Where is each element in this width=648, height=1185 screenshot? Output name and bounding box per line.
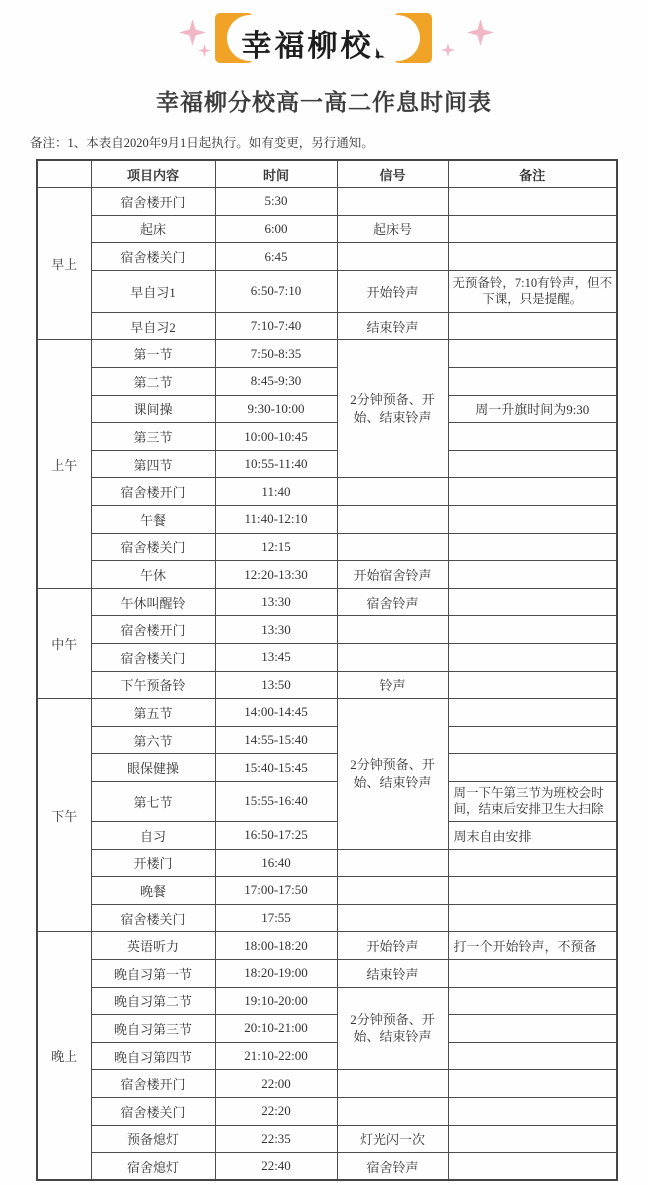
note-cell xyxy=(448,450,617,478)
item-cell: 宿舍楼开门 xyxy=(91,616,215,644)
time-cell: 19:10-20:00 xyxy=(215,987,337,1015)
table-row: 宿舍楼关门 12:15 xyxy=(37,533,617,561)
note-cell xyxy=(448,312,617,340)
note-cell: 打一个开始铃声，不预备 xyxy=(448,932,617,960)
note-cell: 周一升旗时间为9:30 xyxy=(448,395,617,423)
time-cell: 13:30 xyxy=(215,588,337,616)
table-row: 下午预备铃 13:50 铃声 xyxy=(37,671,617,699)
table-row: 早自习1 6:50-7:10 开始铃声 无预备铃，7:10有铃声，但不下课，只是… xyxy=(37,270,617,312)
item-cell: 预备熄灯 xyxy=(91,1125,215,1153)
time-cell: 10:55-11:40 xyxy=(215,450,337,478)
timetable-page: 幸福柳校区 幸福柳分校高一高二作息时间表 备注：1、本表自2020年9月1日起执… xyxy=(0,0,648,1185)
item-cell: 第七节 xyxy=(91,781,215,821)
item-cell: 课间操 xyxy=(91,395,215,423)
time-cell: 14:55-15:40 xyxy=(215,726,337,754)
table-row: 第二节 8:45-9:30 xyxy=(37,368,617,396)
time-cell: 9:30-10:00 xyxy=(215,395,337,423)
item-cell: 第二节 xyxy=(91,368,215,396)
time-cell: 16:50-17:25 xyxy=(215,821,337,849)
note-cell xyxy=(448,904,617,932)
note-cell xyxy=(448,188,617,216)
table-row: 午休 12:20-13:30 开始宿舍铃声 xyxy=(37,561,617,589)
table-row: 宿舍楼开门 11:40 xyxy=(37,478,617,506)
signal-cell xyxy=(337,644,448,672)
signal-cell: 宿舍铃声 xyxy=(337,588,448,616)
signal-cell: 起床号 xyxy=(337,215,448,243)
signal-cell: 2分钟预备、开始、结束铃声 xyxy=(337,699,448,849)
item-cell: 第五节 xyxy=(91,699,215,727)
table-row: 课间操 9:30-10:00 周一升旗时间为9:30 xyxy=(37,395,617,423)
signal-cell: 2分钟预备、开始、结束铃声 xyxy=(337,340,448,478)
page-title: 幸福柳分校高一高二作息时间表 xyxy=(0,84,648,117)
table-row: 第四节 10:55-11:40 xyxy=(37,450,617,478)
item-cell: 午餐 xyxy=(91,506,215,534)
note-cell: 周一下午第三节为班校会时间，结束后安排卫生大扫除 xyxy=(448,781,617,821)
time-cell: 5:30 xyxy=(215,188,337,216)
time-cell: 22:40 xyxy=(215,1153,337,1181)
item-cell: 起床 xyxy=(91,215,215,243)
signal-cell xyxy=(337,616,448,644)
item-cell: 早自习1 xyxy=(91,270,215,312)
signal-cell xyxy=(337,533,448,561)
note-cell xyxy=(448,644,617,672)
table-row: 晚自习第一节 18:20-19:00 结束铃声 xyxy=(37,959,617,987)
table-row: 第六节 14:55-15:40 xyxy=(37,726,617,754)
col-header-note: 备注 xyxy=(448,160,617,188)
item-cell: 宿舍楼关门 xyxy=(91,1097,215,1125)
time-cell: 22:20 xyxy=(215,1097,337,1125)
signal-cell xyxy=(337,188,448,216)
campus-badge-title: 幸福柳校区 xyxy=(0,21,648,65)
item-cell: 眼保健操 xyxy=(91,754,215,782)
campus-badge: 幸福柳校区 xyxy=(0,0,648,80)
item-cell: 晚自习第四节 xyxy=(91,1042,215,1070)
table-row: 第三节 10:00-10:45 xyxy=(37,423,617,451)
note-cell xyxy=(448,1097,617,1125)
item-cell: 早自习2 xyxy=(91,312,215,340)
note-cell xyxy=(448,533,617,561)
section-cell: 早上 xyxy=(37,188,91,340)
timetable: 项目内容 时间 信号 备注 早上 宿舍楼开门 5:30 起床 6:00 起床号 … xyxy=(36,159,618,1181)
time-cell: 22:00 xyxy=(215,1070,337,1098)
col-header-time: 时间 xyxy=(215,160,337,188)
item-cell: 开楼门 xyxy=(91,849,215,877)
time-cell: 7:50-8:35 xyxy=(215,340,337,368)
note-cell xyxy=(448,1125,617,1153)
signal-cell: 开始铃声 xyxy=(337,932,448,960)
note-cell xyxy=(448,215,617,243)
note-cell xyxy=(448,368,617,396)
note-cell xyxy=(448,506,617,534)
table-row: 开楼门 16:40 xyxy=(37,849,617,877)
signal-cell: 结束铃声 xyxy=(337,312,448,340)
signal-cell xyxy=(337,478,448,506)
time-cell: 21:10-22:00 xyxy=(215,1042,337,1070)
note-cell xyxy=(448,1015,617,1043)
time-cell: 13:50 xyxy=(215,671,337,699)
note-cell xyxy=(448,959,617,987)
time-cell: 20:10-21:00 xyxy=(215,1015,337,1043)
item-cell: 宿舍楼关门 xyxy=(91,533,215,561)
time-cell: 12:20-13:30 xyxy=(215,561,337,589)
time-cell: 11:40 xyxy=(215,478,337,506)
item-cell: 晚餐 xyxy=(91,877,215,905)
note-cell: 无预备铃，7:10有铃声，但不下课，只是提醒。 xyxy=(448,270,617,312)
note-cell xyxy=(448,1070,617,1098)
table-row: 上午 第一节 7:50-8:35 2分钟预备、开始、结束铃声 xyxy=(37,340,617,368)
time-cell: 13:30 xyxy=(215,616,337,644)
note-cell xyxy=(448,243,617,271)
note-cell: 周末自由安排 xyxy=(448,821,617,849)
item-cell: 午休 xyxy=(91,561,215,589)
table-row: 眼保健操 15:40-15:45 xyxy=(37,754,617,782)
table-row: 晚自习第四节 21:10-22:00 xyxy=(37,1042,617,1070)
table-row: 午餐 11:40-12:10 xyxy=(37,506,617,534)
signal-cell xyxy=(337,849,448,877)
time-cell: 15:55-16:40 xyxy=(215,781,337,821)
table-row: 晚餐 17:00-17:50 xyxy=(37,877,617,905)
time-cell: 14:00-14:45 xyxy=(215,699,337,727)
time-cell: 6:45 xyxy=(215,243,337,271)
section-cell: 晚上 xyxy=(37,932,91,1180)
note-cell xyxy=(448,671,617,699)
col-header-signal: 信号 xyxy=(337,160,448,188)
note-cell xyxy=(448,754,617,782)
item-cell: 宿舍楼关门 xyxy=(91,644,215,672)
item-cell: 宿舍楼开门 xyxy=(91,188,215,216)
table-row: 宿舍楼关门 22:20 xyxy=(37,1097,617,1125)
note-cell xyxy=(448,423,617,451)
signal-cell xyxy=(337,506,448,534)
item-cell: 宿舍楼开门 xyxy=(91,478,215,506)
table-row: 预备熄灯 22:35 灯光闪一次 xyxy=(37,1125,617,1153)
col-header-section xyxy=(37,160,91,188)
table-row: 中午 午休叫醒铃 13:30 宿舍铃声 xyxy=(37,588,617,616)
time-cell: 13:45 xyxy=(215,644,337,672)
time-cell: 15:40-15:45 xyxy=(215,754,337,782)
item-cell: 宿舍楼关门 xyxy=(91,904,215,932)
table-row: 宿舍楼关门 13:45 xyxy=(37,644,617,672)
remark-line: 备注：1、本表自2020年9月1日起执行。如有变更，另行通知。 xyxy=(30,133,374,151)
signal-cell: 铃声 xyxy=(337,671,448,699)
item-cell: 宿舍熄灯 xyxy=(91,1153,215,1181)
signal-cell xyxy=(337,877,448,905)
note-cell xyxy=(448,987,617,1015)
note-cell xyxy=(448,849,617,877)
signal-cell: 结束铃声 xyxy=(337,959,448,987)
header-row: 项目内容 时间 信号 备注 xyxy=(37,160,617,188)
table-row: 晚自习第二节 19:10-20:00 2分钟预备、开始、结束铃声 xyxy=(37,987,617,1015)
table-row: 自习 16:50-17:25 周末自由安排 xyxy=(37,821,617,849)
note-cell xyxy=(448,340,617,368)
time-cell: 6:00 xyxy=(215,215,337,243)
time-cell: 12:15 xyxy=(215,533,337,561)
signal-cell: 开始铃声 xyxy=(337,270,448,312)
time-cell: 6:50-7:10 xyxy=(215,270,337,312)
table-row: 宿舍楼关门 6:45 xyxy=(37,243,617,271)
note-cell xyxy=(448,588,617,616)
item-cell: 宿舍楼关门 xyxy=(91,243,215,271)
item-cell: 晚自习第三节 xyxy=(91,1015,215,1043)
signal-cell xyxy=(337,243,448,271)
item-cell: 第一节 xyxy=(91,340,215,368)
time-cell: 17:55 xyxy=(215,904,337,932)
table-row: 宿舍楼关门 17:55 xyxy=(37,904,617,932)
table-row: 宿舍楼开门 13:30 xyxy=(37,616,617,644)
table-row: 第七节 15:55-16:40 周一下午第三节为班校会时间，结束后安排卫生大扫除 xyxy=(37,781,617,821)
item-cell: 午休叫醒铃 xyxy=(91,588,215,616)
signal-cell xyxy=(337,1097,448,1125)
item-cell: 自习 xyxy=(91,821,215,849)
item-cell: 宿舍楼开门 xyxy=(91,1070,215,1098)
signal-cell: 2分钟预备、开始、结束铃声 xyxy=(337,987,448,1070)
item-cell: 第四节 xyxy=(91,450,215,478)
table-row: 晚上 英语听力 18:00-18:20 开始铃声 打一个开始铃声，不预备 xyxy=(37,932,617,960)
note-cell xyxy=(448,699,617,727)
section-cell: 中午 xyxy=(37,588,91,698)
bracket-right-icon xyxy=(394,13,432,63)
time-cell: 22:35 xyxy=(215,1125,337,1153)
time-cell: 18:00-18:20 xyxy=(215,932,337,960)
note-cell xyxy=(448,561,617,589)
note-cell xyxy=(448,877,617,905)
time-cell: 8:45-9:30 xyxy=(215,368,337,396)
signal-cell: 灯光闪一次 xyxy=(337,1125,448,1153)
item-cell: 下午预备铃 xyxy=(91,671,215,699)
table-row: 宿舍楼开门 22:00 xyxy=(37,1070,617,1098)
note-cell xyxy=(448,616,617,644)
table-row: 下午 第五节 14:00-14:45 2分钟预备、开始、结束铃声 xyxy=(37,699,617,727)
table-row: 早自习2 7:10-7:40 结束铃声 xyxy=(37,312,617,340)
time-cell: 11:40-12:10 xyxy=(215,506,337,534)
note-cell xyxy=(448,1153,617,1181)
time-cell: 16:40 xyxy=(215,849,337,877)
table-row: 起床 6:00 起床号 xyxy=(37,215,617,243)
table-row: 早上 宿舍楼开门 5:30 xyxy=(37,188,617,216)
signal-cell: 开始宿舍铃声 xyxy=(337,561,448,589)
signal-cell: 宿舍铃声 xyxy=(337,1153,448,1181)
note-cell xyxy=(448,1042,617,1070)
item-cell: 第六节 xyxy=(91,726,215,754)
signal-cell xyxy=(337,1070,448,1098)
note-cell xyxy=(448,726,617,754)
item-cell: 英语听力 xyxy=(91,932,215,960)
section-cell: 下午 xyxy=(37,699,91,932)
time-cell: 18:20-19:00 xyxy=(215,959,337,987)
time-cell: 10:00-10:45 xyxy=(215,423,337,451)
item-cell: 晚自习第一节 xyxy=(91,959,215,987)
time-cell: 7:10-7:40 xyxy=(215,312,337,340)
item-cell: 第三节 xyxy=(91,423,215,451)
table-row: 宿舍熄灯 22:40 宿舍铃声 xyxy=(37,1153,617,1181)
note-cell xyxy=(448,478,617,506)
table-row: 晚自习第三节 20:10-21:00 xyxy=(37,1015,617,1043)
time-cell: 17:00-17:50 xyxy=(215,877,337,905)
section-cell: 上午 xyxy=(37,340,91,588)
col-header-item: 项目内容 xyxy=(91,160,215,188)
signal-cell xyxy=(337,904,448,932)
item-cell: 晚自习第二节 xyxy=(91,987,215,1015)
